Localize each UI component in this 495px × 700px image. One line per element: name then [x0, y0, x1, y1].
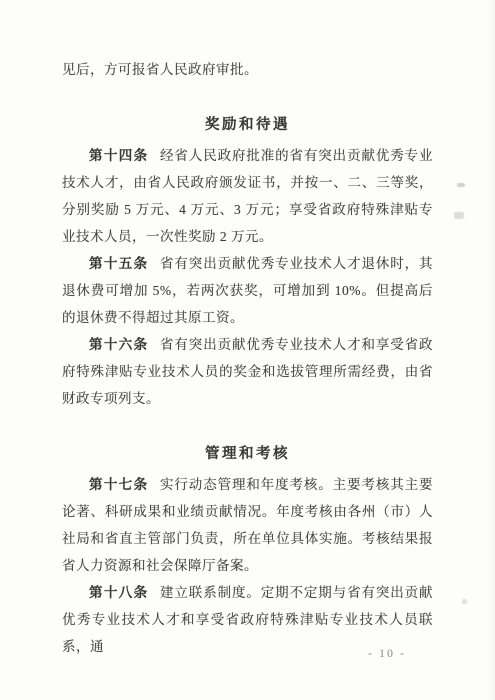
section-management-and-assessment: 管理和考核 第十七条实行动态管理和年度考核。主要考核其主要论著、科研成果和业绩贡… — [62, 441, 433, 660]
article-paragraph: 第十七条实行动态管理和年度考核。主要考核其主要论著、科研成果和业绩贡献情况。年度… — [62, 471, 433, 579]
scan-artifact — [454, 212, 464, 219]
article-paragraph: 第十六条省有突出贡献优秀专业技术人才和享受省政府特殊津贴专业技术人员的奖金和选拔… — [62, 331, 433, 412]
document-body: 见后，方可报省人民政府审批。 奖励和待遇 第十四条经省人民政府批准的省有突出贡献… — [62, 56, 433, 660]
article-paragraph: 第十四条经省人民政府批准的省有突出贡献优秀专业技术人才，由省人民政府颁发证书，并… — [62, 142, 433, 250]
paragraph-continuation: 见后，方可报省人民政府审批。 — [62, 56, 433, 83]
document-page: 见后，方可报省人民政府审批。 奖励和待遇 第十四条经省人民政府批准的省有突出贡献… — [0, 0, 495, 700]
section-rewards-and-treatment: 奖励和待遇 第十四条经省人民政府批准的省有突出贡献优秀专业技术人才，由省人民政府… — [62, 112, 433, 412]
article-number: 第十八条 — [89, 585, 149, 600]
article-number: 第十六条 — [89, 337, 149, 352]
article-number: 第十五条 — [89, 256, 149, 271]
article-number: 第十四条 — [89, 148, 149, 163]
scan-artifact — [462, 599, 467, 604]
scan-artifact — [457, 183, 465, 187]
article-number: 第十七条 — [89, 477, 149, 492]
page-number: - 10 - — [352, 646, 422, 661]
article-paragraph: 第十五条省有突出贡献优秀专业技术人才退休时，其退休费可增加 5%，若两次获奖，可… — [62, 250, 433, 331]
section-heading: 奖励和待遇 — [62, 112, 433, 139]
section-heading: 管理和考核 — [62, 441, 433, 468]
